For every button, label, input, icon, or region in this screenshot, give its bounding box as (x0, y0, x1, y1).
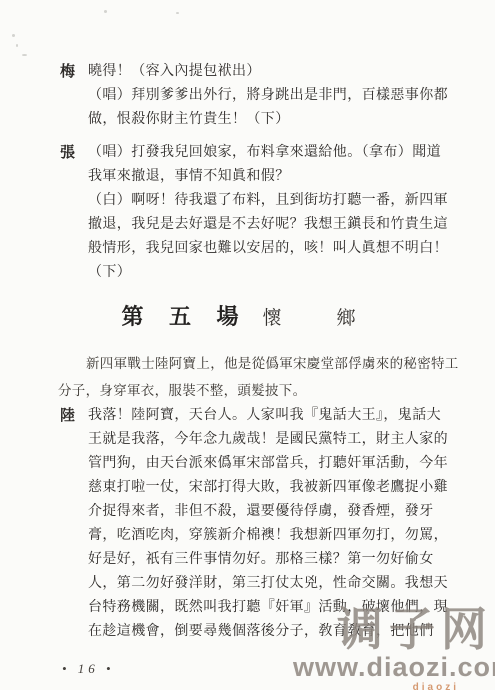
dialogue-block-mei: 梅 曉得！（容入內提包袱出） （唱）拜別爹爹出外行，將身跳出是非門，百樣惡事你都… (60, 60, 457, 132)
dialogue-line: 我軍來撤退，事情不知眞和假？ (88, 165, 457, 189)
scene-title: 第 五 場 (121, 304, 248, 329)
dialogue-lines: 曉得！（容入內提包袱出） （唱）拜別爹爹出外行，將身跳出是非門，百樣惡事你都 做… (88, 60, 457, 132)
dialogue-block-zhang: 張 （唱）打發我兒回娘家，布料拿來還給他。（拿布）聞道 我軍來撤退，事情不知眞和… (60, 141, 457, 285)
scan-speck (22, 54, 27, 56)
speaker-label: 張 (60, 141, 76, 165)
monologue-line: 台特務機關，既然叫我打聽『奸軍』活動，破壞他們，現 (88, 596, 457, 620)
monologue-line: 管門狗，由天台派來僞軍宋部當兵，打聽奸軍活動，今年 (88, 452, 457, 476)
dialogue-line: （下） (88, 261, 457, 285)
monologue-line: 好是好，祇有三件事情勿好。那格三樣？第一勿好偷女 (88, 548, 457, 572)
dialogue-lines: （唱）打發我兒回娘家，布料拿來還給他。（拿布）聞道 我軍來撤退，事情不知眞和假？… (88, 141, 457, 285)
scene-subtitle: 懷 鄉 (263, 308, 374, 329)
monologue-line: 介捉得來者，非但不殺，還要優待俘虜，發香煙，發牙 (88, 500, 457, 524)
watermark-accent-text: diaozi (413, 682, 459, 690)
scan-speck (104, 10, 107, 13)
dialogue-line: 做，恨殺你財主竹貴生！（下） (88, 108, 457, 132)
stage-direction: 新四軍戰士陸阿寶上，他是從僞軍宋慶堂部俘虜來的秘密特工 分子，身穿軍衣，服裝不整… (58, 350, 457, 404)
monologue-line: 人，第二勿好發洋財，第三打仗太兇，性命交關。我想天 (88, 572, 457, 596)
monologue-line: 王就是我落，今年念九歲哉！是國民黨特工，財主人家的 (88, 428, 457, 452)
monologue-lines: 我落！陸阿寶，天台人。人家叫我『鬼話大王』，鬼話大 王就是我落，今年念九歲哉！是… (88, 404, 457, 644)
dialogue-line: （唱）打發我兒回娘家，布料拿來還給他。（拿布）聞道 (88, 141, 457, 165)
scan-speck (12, 34, 15, 37)
dialogue-line: 曉得！（容入內提包袱出） (88, 60, 457, 84)
watermark-site-url: www.diaozi.com (293, 654, 493, 681)
scanned-book-page: 梅 曉得！（容入內提包袱出） （唱）拜別爹爹出外行，將身跳出是非門，百樣惡事你都… (0, 0, 495, 690)
monologue-line: 慈東打啦一仗，宋部打得大敗，我被新四軍像老鷹捉小雞 (88, 476, 457, 500)
dialogue-line: 般情形，我兒回家也難以安居的，咳！叫人眞想不明白！ (88, 237, 457, 261)
dialogue-line: 撤退，我兒是去好還是不去好呢？我想王鎭長和竹貴生這 (88, 213, 457, 237)
monologue-line: 我落！陸阿寶，天台人。人家叫我『鬼話大王』，鬼話大 (88, 404, 457, 428)
stage-direction-line: 新四軍戰士陸阿寶上，他是從僞軍宋慶堂部俘虜來的秘密特工 (58, 350, 457, 377)
dialogue-line: （白）啊呀！待我還了布料，且到街坊打聽一番，新四軍 (88, 189, 457, 213)
speaker-label: 梅 (60, 60, 76, 84)
scene-heading: 第 五 場懷 鄉 (0, 300, 495, 331)
stage-direction-line: 分子，身穿軍衣，服裝不整，頭髮披下。 (58, 377, 457, 404)
scan-speck (176, 12, 179, 14)
speaker-label: 陸 (60, 404, 76, 428)
page-number: • 16 • (62, 661, 115, 677)
monologue-line: 在趁這機會，倒要尋幾個落後分子，敎育敎育，把他們 (88, 620, 457, 644)
dialogue-line: （唱）拜別爹爹出外行，將身跳出是非門，百樣惡事你都 (88, 84, 457, 108)
monologue-block-lu: 陸 我落！陸阿寶，天台人。人家叫我『鬼話大王』，鬼話大 王就是我落，今年念九歲哉… (60, 404, 457, 644)
scan-speck (16, 44, 18, 47)
monologue-line: 膏，吃酒吃肉，穿簇新介棉襖！我想新四軍勿打，勿罵， (88, 524, 457, 548)
